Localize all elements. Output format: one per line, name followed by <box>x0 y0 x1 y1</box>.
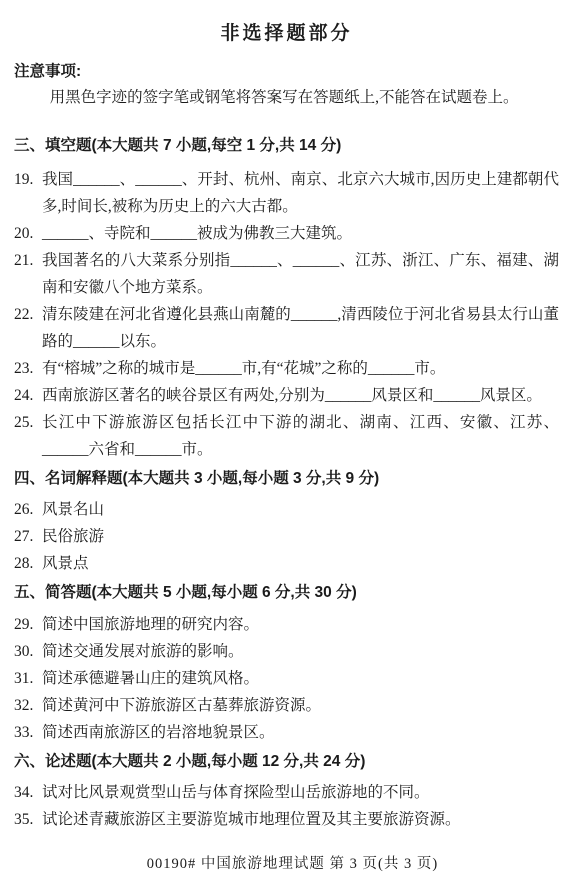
question-number: 25. <box>14 409 42 463</box>
question-text: 简述交通发展对旅游的影响。 <box>42 638 559 665</box>
exam-page: 非选择题部分 注意事项: 用黑色字迹的签字笔或钢笔将答案写在答题纸上,不能答在试… <box>0 0 585 885</box>
question-item: 24. 西南旅游区著名的峡谷景区有两处,分别为______风景区和______风… <box>14 382 559 409</box>
question-number: 23. <box>14 355 42 382</box>
question-item: 34. 试对比风景观赏型山岳与体育探险型山岳旅游地的不同。 <box>14 779 559 806</box>
question-text: 简述西南旅游区的岩溶地貌景区。 <box>42 719 559 746</box>
question-number: 26. <box>14 496 42 523</box>
question-text: 清东陵建在河北省遵化县燕山南麓的______,清西陵位于河北省易县太行山董路的_… <box>42 301 559 355</box>
question-item: 23. 有“榕城”之称的城市是______市,有“花城”之称的______市。 <box>14 355 559 382</box>
question-text: 试论述青藏旅游区主要游览城市地理位置及其主要旅游资源。 <box>42 806 559 833</box>
question-text: 风景点 <box>42 550 559 577</box>
question-number: 21. <box>14 247 42 301</box>
question-item: 22. 清东陵建在河北省遵化县燕山南麓的______,清西陵位于河北省易县太行山… <box>14 301 559 355</box>
question-item: 28. 风景点 <box>14 550 559 577</box>
question-text: 简述承德避暑山庄的建筑风格。 <box>42 665 559 692</box>
section-heading-fill-in: 三、填空题(本大题共 7 小题,每空 1 分,共 14 分) <box>14 132 559 160</box>
section-heading-essay: 六、论述题(本大题共 2 小题,每小题 12 分,共 24 分) <box>14 748 559 776</box>
question-item: 32. 简述黄河中下游旅游区古墓葬旅游资源。 <box>14 692 559 719</box>
section-heading-terms: 四、名词解释题(本大题共 3 小题,每小题 3 分,共 9 分) <box>14 465 559 493</box>
question-text: 西南旅游区著名的峡谷景区有两处,分别为______风景区和______风景区。 <box>42 382 559 409</box>
page-footer: 00190# 中国旅游地理试题 第 3 页(共 3 页) <box>0 852 585 873</box>
question-text: 简述中国旅游地理的研究内容。 <box>42 611 559 638</box>
question-number: 32. <box>14 692 42 719</box>
notice-heading: 注意事项: <box>14 62 559 82</box>
question-number: 29. <box>14 611 42 638</box>
question-item: 30. 简述交通发展对旅游的影响。 <box>14 638 559 665</box>
page-title: 非选择题部分 <box>14 22 559 46</box>
question-number: 30. <box>14 638 42 665</box>
question-number: 19. <box>14 166 42 220</box>
question-item: 25. 长江中下游旅游区包括长江中下游的湖北、湖南、江西、安徽、江苏、_____… <box>14 409 559 463</box>
question-item: 20. ______、寺院和______被成为佛教三大建筑。 <box>14 220 559 247</box>
question-item: 26. 风景名山 <box>14 496 559 523</box>
question-number: 20. <box>14 220 42 247</box>
question-number: 24. <box>14 382 42 409</box>
question-text: 我国著名的八大菜系分别指______、______、江苏、浙江、广东、福建、湖南… <box>42 247 559 301</box>
notice-body: 用黑色字迹的签字笔或钢笔将答案写在答题纸上,不能答在试题卷上。 <box>14 88 559 108</box>
question-number: 31. <box>14 665 42 692</box>
question-number: 27. <box>14 523 42 550</box>
question-item: 33. 简述西南旅游区的岩溶地貌景区。 <box>14 719 559 746</box>
question-number: 35. <box>14 806 42 833</box>
question-number: 33. <box>14 719 42 746</box>
question-number: 34. <box>14 779 42 806</box>
question-item: 29. 简述中国旅游地理的研究内容。 <box>14 611 559 638</box>
question-text: 我国______、______、开封、杭州、南京、北京六大城市,因历史上建都朝代… <box>42 166 559 220</box>
question-item: 19. 我国______、______、开封、杭州、南京、北京六大城市,因历史上… <box>14 166 559 220</box>
question-text: 风景名山 <box>42 496 559 523</box>
question-text: 有“榕城”之称的城市是______市,有“花城”之称的______市。 <box>42 355 559 382</box>
question-item: 21. 我国著名的八大菜系分别指______、______、江苏、浙江、广东、福… <box>14 247 559 301</box>
question-item: 27. 民俗旅游 <box>14 523 559 550</box>
question-number: 22. <box>14 301 42 355</box>
question-text: ______、寺院和______被成为佛教三大建筑。 <box>42 220 559 247</box>
question-text: 试对比风景观赏型山岳与体育探险型山岳旅游地的不同。 <box>42 779 559 806</box>
question-text: 长江中下游旅游区包括长江中下游的湖北、湖南、江西、安徽、江苏、______六省和… <box>42 409 559 463</box>
question-number: 28. <box>14 550 42 577</box>
question-text: 民俗旅游 <box>42 523 559 550</box>
question-text: 简述黄河中下游旅游区古墓葬旅游资源。 <box>42 692 559 719</box>
question-item: 31. 简述承德避暑山庄的建筑风格。 <box>14 665 559 692</box>
question-item: 35. 试论述青藏旅游区主要游览城市地理位置及其主要旅游资源。 <box>14 806 559 833</box>
section-heading-short-answer: 五、简答题(本大题共 5 小题,每小题 6 分,共 30 分) <box>14 579 559 607</box>
